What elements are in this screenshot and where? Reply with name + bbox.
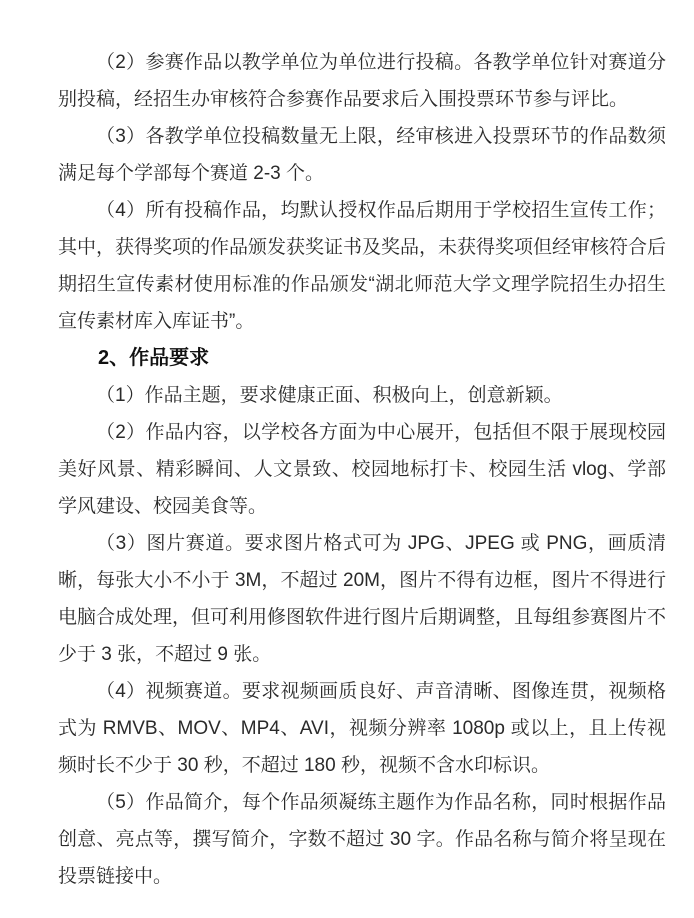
document-page: （2）参赛作品以教学单位为单位进行投稿。各教学单位针对赛道分别投稿，经招生办审核…	[0, 0, 694, 918]
paragraph-submission-rule-4: （4）所有投稿作品，均默认授权作品后期用于学校招生宣传工作；其中，获得奖项的作品…	[58, 192, 666, 340]
paragraph-work-requirement-4-video-track: （4）视频赛道。要求视频画质良好、声音清晰、图像连贯，视频格式为 RMVB、MO…	[58, 673, 666, 784]
paragraph-submission-rule-2: （2）参赛作品以教学单位为单位进行投稿。各教学单位针对赛道分别投稿，经招生办审核…	[58, 44, 666, 118]
paragraph-work-requirement-5-intro: （5）作品简介，每个作品须凝练主题作为作品名称，同时根据作品创意、亮点等，撰写简…	[58, 784, 666, 895]
paragraph-work-requirement-1-theme: （1）作品主题，要求健康正面、积极向上，创意新颖。	[58, 377, 666, 414]
section-heading-work-requirements: 2、作品要求	[58, 340, 666, 377]
paragraph-work-requirement-3-photo-track: （3）图片赛道。要求图片格式可为 JPG、JPEG 或 PNG，画质清晰，每张大…	[58, 525, 666, 673]
paragraph-submission-rule-3: （3）各教学单位投稿数量无上限，经审核进入投票环节的作品数须满足每个学部每个赛道…	[58, 118, 666, 192]
paragraph-work-requirement-2-content: （2）作品内容，以学校各方面为中心展开，包括但不限于展现校园美好风景、精彩瞬间、…	[58, 414, 666, 525]
